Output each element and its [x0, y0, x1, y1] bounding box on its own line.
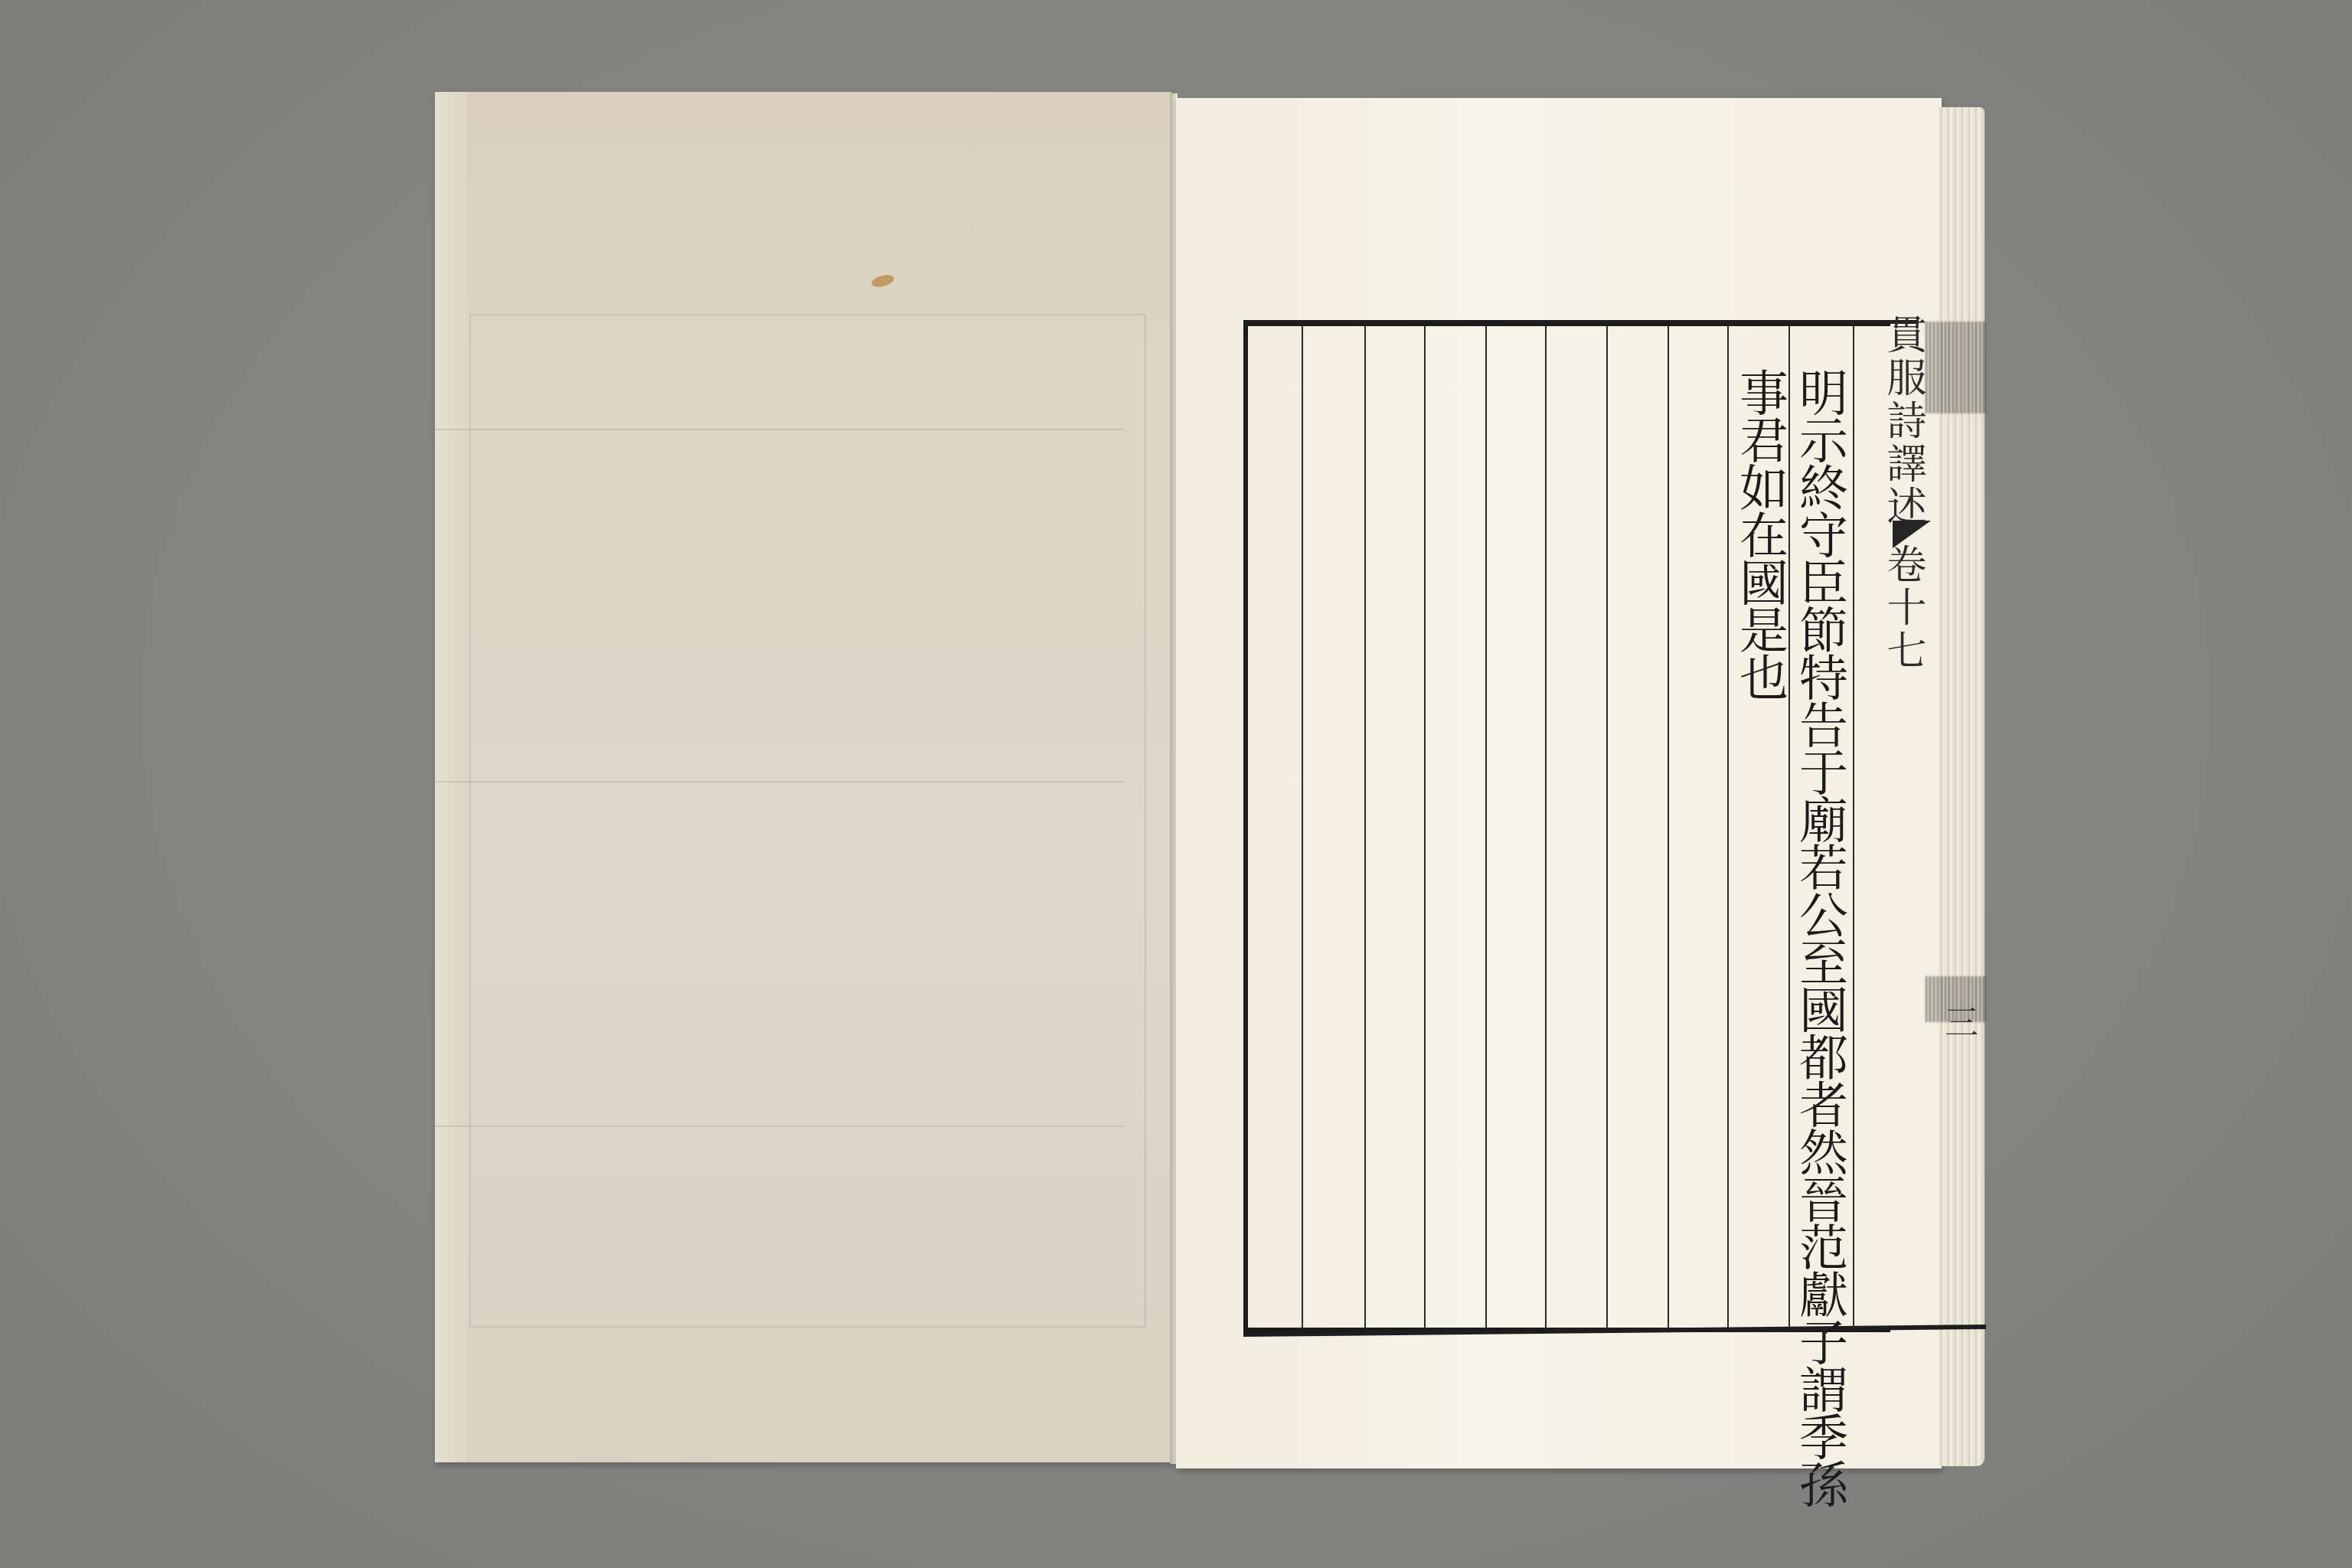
column-rule — [1545, 326, 1547, 1329]
column-rule — [1606, 326, 1608, 1329]
left-page — [435, 92, 1171, 1462]
edge-ink-mark — [1926, 322, 1987, 413]
column-rule — [1727, 326, 1729, 1329]
show-through-line — [435, 1125, 1124, 1127]
column-rule — [1302, 326, 1303, 1329]
column-rule — [1485, 326, 1487, 1329]
page-number: 三 — [1945, 995, 1978, 1044]
text-column-2: 事君如在國是也 — [1735, 367, 1784, 700]
paper-stain — [871, 273, 896, 289]
margin-title: 貫服詩譯述 卷十七 — [1874, 314, 1932, 673]
show-through-line — [435, 429, 1124, 430]
text-column-1: 明示終守臣節特告于廟若公至國都者然晉范獻子謂季孫 — [1795, 367, 1844, 1507]
page-stack-edge — [1939, 107, 1984, 1466]
column-rule — [1424, 326, 1426, 1329]
book-title: 貫服詩譯述 — [1880, 314, 1926, 528]
column-rule — [1364, 326, 1366, 1329]
fish-tail-mark — [1893, 521, 1931, 548]
column-rule — [1853, 326, 1854, 1329]
show-through-line — [435, 781, 1124, 782]
show-through-frame — [469, 314, 1146, 1328]
volume-label: 卷十七 — [1880, 544, 1926, 673]
left-page-fold — [435, 92, 467, 1462]
column-rule — [1668, 326, 1669, 1329]
column-rule — [1788, 326, 1790, 1329]
frame-top-rule — [1243, 320, 1917, 324]
